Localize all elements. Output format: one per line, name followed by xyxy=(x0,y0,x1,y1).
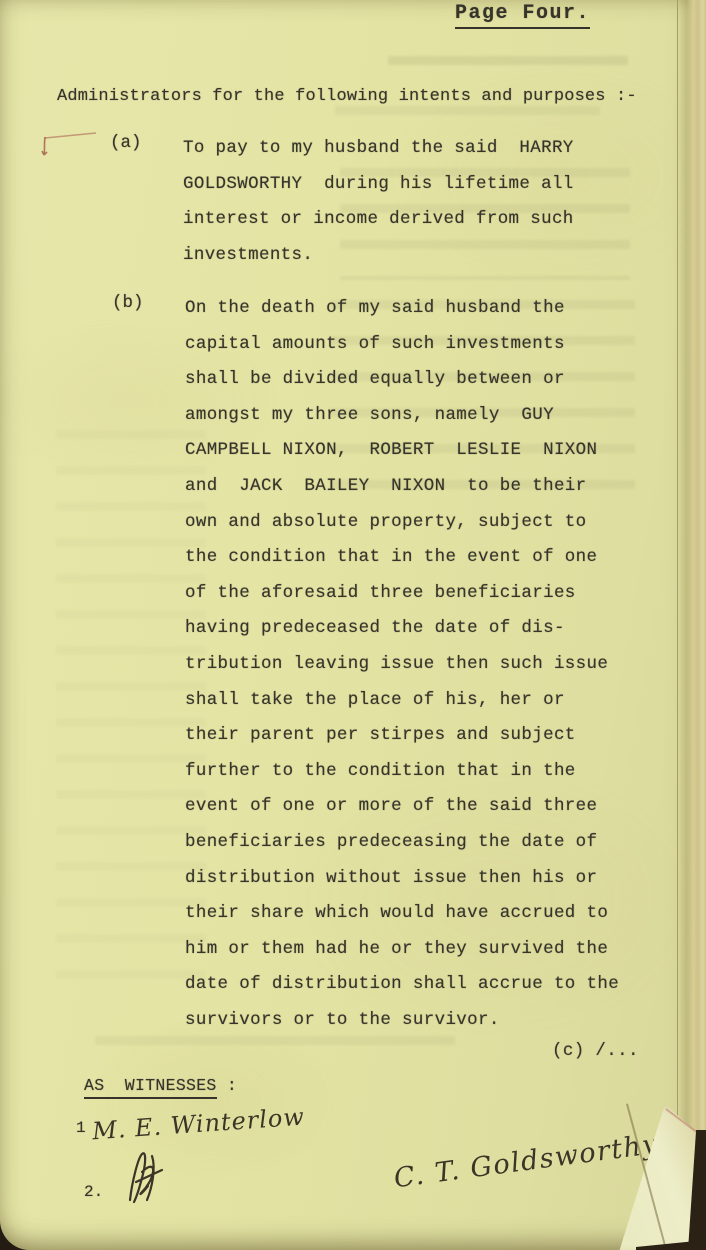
witnesses-heading-underlined: AS WITNESSES xyxy=(84,1076,217,1099)
typed-line: CAMPBELL NIXON, ROBERT LESLIE NIXON xyxy=(185,433,619,469)
typed-line: capital amounts of such investments xyxy=(185,327,619,363)
typed-line: event of one or more of the said three xyxy=(185,789,619,825)
typed-line: survivors or to the survivor. xyxy=(185,1003,619,1039)
typed-line: amongst my three sons, namely GUY xyxy=(185,398,619,434)
continuation-marker: (c) /... xyxy=(552,1041,639,1061)
typed-line: him or them had he or they survived the xyxy=(185,932,619,968)
typed-line: shall be divided equally between or xyxy=(185,362,619,398)
typed-line: beneficiaries predeceasing the date of xyxy=(185,825,619,861)
witness-2-signature xyxy=(122,1148,186,1210)
typed-line: shall take the place of his, her or xyxy=(185,683,619,719)
witnesses-heading: AS WITNESSES : xyxy=(84,1076,237,1095)
typed-line: distribution without issue then his or xyxy=(185,861,619,897)
witnesses-heading-colon: : xyxy=(217,1076,237,1095)
clause-b-text: On the death of my said husband thecapit… xyxy=(185,291,619,1038)
page-number: Page Four. xyxy=(455,2,590,29)
typed-line: and JACK BAILEY NIXON to be their xyxy=(185,469,619,505)
typed-line: GOLDSWORTHY during his lifetime all xyxy=(183,167,574,203)
typed-line: interest or income derived from such xyxy=(183,202,574,238)
clause-a-text: To pay to my husband the said HARRYGOLDS… xyxy=(183,131,574,273)
clause-a: (a) To pay to my husband the said HARRYG… xyxy=(110,131,574,273)
typed-line: their share which would have accrued to xyxy=(185,896,619,932)
document-heading: Administrators for the following intents… xyxy=(57,87,637,106)
typed-line: tribution leaving issue then such issue xyxy=(185,647,619,683)
typed-line: To pay to my husband the said HARRY xyxy=(183,131,574,167)
typed-line: having predeceased the date of dis- xyxy=(185,611,619,647)
witness-2-number: 2. xyxy=(84,1183,103,1201)
scanned-will-page: Page Four. Administrators for the follow… xyxy=(0,0,706,1250)
page-edge-stack xyxy=(677,0,706,1250)
typed-line: of the aforesaid three beneficiaries xyxy=(185,576,619,612)
typed-line: On the death of my said husband the xyxy=(185,291,619,327)
clause-b: (b) On the death of my said husband thec… xyxy=(112,291,619,1038)
clause-b-label: (b) xyxy=(112,293,144,313)
typed-line: further to the condition that in the xyxy=(185,754,619,790)
typed-line: the condition that in the event of one xyxy=(185,540,619,576)
typed-line: their parent per stirpes and subject xyxy=(185,718,619,754)
typed-line: date of distribution shall accrue to the xyxy=(185,967,619,1003)
typed-line: own and absolute property, subject to xyxy=(185,505,619,541)
typed-line: investments. xyxy=(183,238,574,274)
witness-1-number: 1 xyxy=(76,1119,86,1137)
clause-a-label: (a) xyxy=(110,133,142,153)
